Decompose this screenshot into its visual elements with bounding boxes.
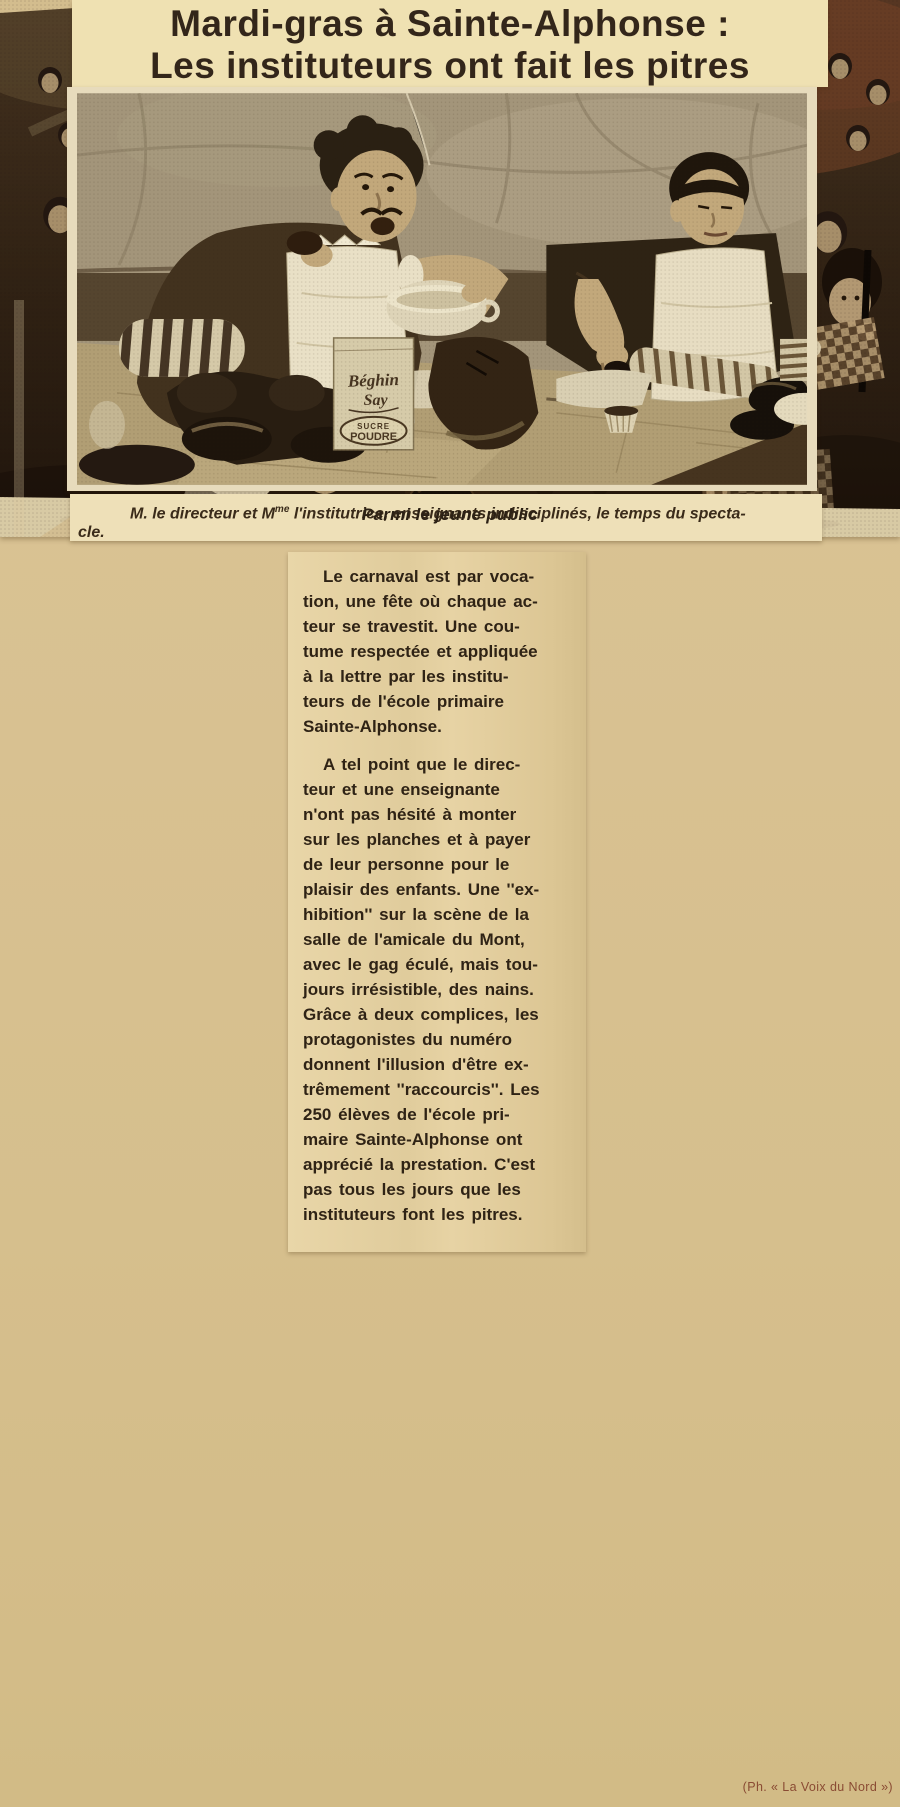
headline: Mardi-gras à Sainte-Alphonse : Les insti…	[72, 0, 828, 87]
article-paragraph-2: A tel point que le direc- teur et une en…	[303, 752, 582, 1227]
article-paragraph-1: Le carnaval est par voca- tion, une fête…	[303, 564, 582, 739]
article-column: Le carnaval est par voca- tion, une fête…	[288, 552, 586, 1252]
photo-teachers-paper: Béghin Say SUCRE POUDRE	[67, 87, 817, 491]
photo-credit: (Ph. « La Voix du Nord »)	[743, 1780, 893, 1794]
photo-children-caption: Parmi le jeune public	[0, 505, 900, 525]
headline-line1: Mardi-gras à Sainte-Alphonse :	[72, 3, 828, 45]
photo-caption-line2: cle.	[78, 523, 812, 542]
headline-line2: Les instituteurs ont fait les pitres	[72, 45, 828, 87]
photo-teachers: Béghin Say SUCRE POUDRE	[77, 93, 807, 485]
